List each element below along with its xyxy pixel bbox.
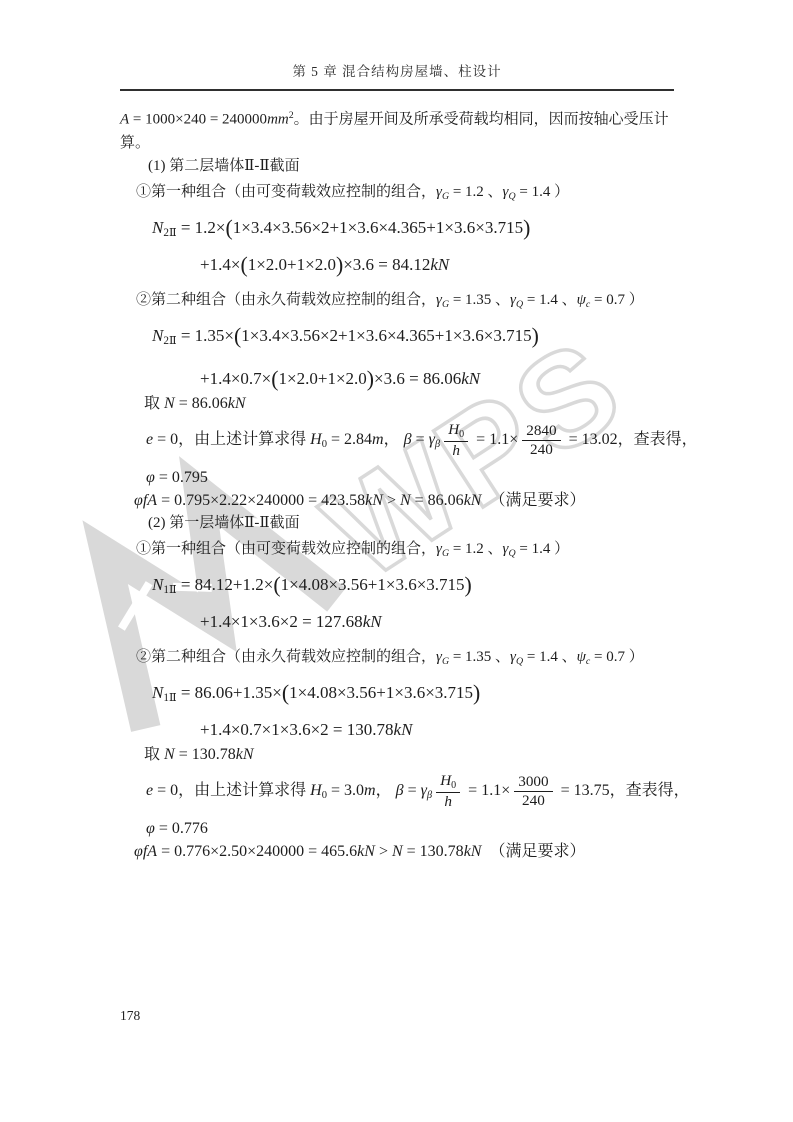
doc-line-10: 取 N = 86.06kN — [120, 393, 678, 415]
doc-line-1: A = 1000×240 = 240000mm2。由于房屋开间及所承受荷载均相同… — [120, 104, 678, 131]
doc-line-3: (1) 第二层墙体Ⅱ-Ⅱ截面 — [120, 155, 678, 177]
doc-line-19: N1Ⅱ = 86.06+1.35×(1×4.08×3.56+1×3.6×3.71… — [120, 679, 678, 712]
doc-line-16: N1Ⅱ = 84.12+1.2×(1×4.08×3.56+1×3.6×3.715… — [120, 571, 678, 604]
chapter-title: 第 5 章 混合结构房屋墙、柱设计 — [292, 64, 501, 79]
fraction: H0h — [444, 421, 468, 460]
doc-line-9: +1.4×0.7×(1×2.0+1×2.0)×3.6 = 86.06kN — [120, 365, 678, 393]
doc-line-2: 算。 — [120, 131, 678, 155]
fraction: 3000240 — [514, 773, 552, 810]
doc-line-4: ①第一种组合（由可变荷载效应控制的组合，γG = 1.2 、γQ = 1.4 ） — [120, 179, 678, 210]
doc-line-5: N2Ⅱ = 1.2×(1×3.4×3.56×2+1×3.6×4.365+1×3.… — [120, 214, 678, 247]
page-number: 178 — [120, 1008, 140, 1024]
content: A = 1000×240 = 240000mm2。由于房屋开间及所承受荷载均相同… — [120, 104, 678, 863]
doc-line-11: e = 0，由上述计算求得 H0 = 2.84m， β = γβH0h = 1.… — [120, 418, 678, 467]
fraction: 2840240 — [522, 422, 560, 459]
document-page: WPS 第 5 章 混合结构房屋墙、柱设计 A = 1000×240 = 240… — [0, 0, 793, 1122]
page-header: 第 5 章 混合结构房屋墙、柱设计 — [120, 60, 674, 91]
doc-line-18: ②第二种组合（由永久荷载效应控制的组合，γG = 1.35 、γQ = 1.4 … — [120, 644, 678, 675]
doc-line-6: +1.4×(1×2.0+1×2.0)×3.6 = 84.12kN — [120, 251, 678, 279]
doc-line-14: (2) 第一层墙体Ⅱ-Ⅱ截面 — [120, 512, 678, 534]
doc-line-17: +1.4×1×3.6×2 = 127.68kN — [120, 608, 678, 636]
doc-line-24: φfA = 0.776×2.50×240000 = 465.6kN > N = … — [120, 840, 678, 863]
doc-line-8: N2Ⅱ = 1.35×(1×3.4×3.56×2+1×3.6×4.365+1×3… — [120, 322, 678, 355]
doc-line-20: +1.4×0.7×1×3.6×2 = 130.78kN — [120, 716, 678, 744]
doc-line-23: φ = 0.776 — [120, 818, 678, 840]
doc-line-15: ①第一种组合（由可变荷载效应控制的组合，γG = 1.2 、γQ = 1.4 ） — [120, 536, 678, 567]
doc-line-7: ②第二种组合（由永久荷载效应控制的组合，γG = 1.35 、γQ = 1.4 … — [120, 287, 678, 318]
doc-line-21: 取 N = 130.78kN — [120, 744, 678, 766]
doc-line-22: e = 0，由上述计算求得 H0 = 3.0m， β = γβH0h = 1.1… — [120, 769, 678, 818]
doc-line-12: φ = 0.795 — [120, 467, 678, 489]
doc-line-13: φfA = 0.795×2.22×240000 = 423.58kN > N =… — [120, 489, 678, 512]
fraction: H0h — [436, 772, 460, 811]
